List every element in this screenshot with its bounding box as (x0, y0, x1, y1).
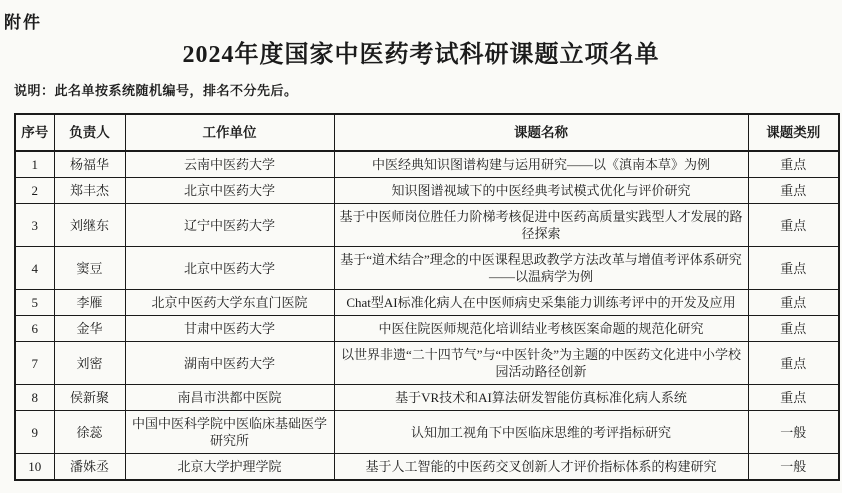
page-title: 2024年度国家中医药考试科研课题立项名单 (0, 34, 842, 69)
cell-no: 7 (15, 342, 54, 385)
cell-project: 中医经典知识图谱构建与运用研究——以《滇南本草》为例 (334, 151, 748, 178)
cell-project: 基于中医师岗位胜任力阶梯考核促进中医药高质量实践型人才发展的路径探索 (334, 204, 748, 247)
cell-category: 重点 (748, 151, 839, 178)
cell-leader: 金华 (54, 316, 125, 342)
table-body: 1杨福华云南中医药大学中医经典知识图谱构建与运用研究——以《滇南本草》为例重点2… (15, 151, 839, 480)
cell-project: 认知加工视角下中医临床思维的考评指标研究 (334, 411, 748, 454)
table-row: 5李雁北京中医药大学东直门医院Chat型AI标准化病人在中医师病史采集能力训练考… (15, 290, 839, 316)
table-row: 10潘姝丞北京大学护理学院基于人工智能的中医药交叉创新人才评价指标体系的构建研究… (15, 454, 839, 481)
cell-project: 知识图谱视域下的中医经典考试模式优化与评价研究 (334, 178, 748, 204)
col-header-no: 序号 (15, 114, 54, 151)
note-text: 说明：此名单按系统随机编号，排名不分先后。 (14, 80, 842, 99)
cell-no: 6 (15, 316, 54, 342)
cell-category: 一般 (748, 454, 839, 481)
attachment-label: 附件 (4, 8, 42, 33)
cell-no: 8 (15, 385, 54, 411)
cell-category: 重点 (748, 290, 839, 316)
cell-org: 湖南中医药大学 (125, 342, 334, 385)
col-header-org: 工作单位 (125, 114, 334, 151)
cell-org: 北京中医药大学东直门医院 (125, 290, 334, 316)
project-table: 序号 负责人 工作单位 课题名称 课题类别 1杨福华云南中医药大学中医经典知识图… (14, 113, 840, 481)
col-header-category: 课题类别 (748, 114, 839, 151)
table-header: 序号 负责人 工作单位 课题名称 课题类别 (15, 114, 839, 151)
cell-no: 5 (15, 290, 54, 316)
table-row: 4窦豆北京中医药大学基于“道术结合”理念的中医课程思政教学方法改革与增值考评体系… (15, 247, 839, 290)
cell-leader: 潘姝丞 (54, 454, 125, 481)
cell-org: 北京中医药大学 (125, 178, 334, 204)
cell-category: 重点 (748, 204, 839, 247)
col-header-leader: 负责人 (54, 114, 125, 151)
cell-category: 重点 (748, 178, 839, 204)
cell-no: 10 (15, 454, 54, 481)
cell-category: 重点 (748, 316, 839, 342)
cell-no: 4 (15, 247, 54, 290)
cell-no: 2 (15, 178, 54, 204)
cell-org: 北京大学护理学院 (125, 454, 334, 481)
cell-category: 重点 (748, 385, 839, 411)
cell-leader: 刘密 (54, 342, 125, 385)
cell-no: 1 (15, 151, 54, 178)
table-row: 8侯新聚南昌市洪都中医院基于VR技术和AI算法研发智能仿真标准化病人系统重点 (15, 385, 839, 411)
cell-project: 基于“道术结合”理念的中医课程思政教学方法改革与增值考评体系研究——以温病学为例 (334, 247, 748, 290)
cell-leader: 郑丰杰 (54, 178, 125, 204)
cell-project: 基于人工智能的中医药交叉创新人才评价指标体系的构建研究 (334, 454, 748, 481)
table-row: 3刘继东辽宁中医药大学基于中医师岗位胜任力阶梯考核促进中医药高质量实践型人才发展… (15, 204, 839, 247)
col-header-project: 课题名称 (334, 114, 748, 151)
table-row: 2郑丰杰北京中医药大学知识图谱视域下的中医经典考试模式优化与评价研究重点 (15, 178, 839, 204)
table-row: 6金华甘肃中医药大学中医住院医师规范化培训结业考核医案命题的规范化研究重点 (15, 316, 839, 342)
cell-org: 中国中医科学院中医临床基础医学研究所 (125, 411, 334, 454)
cell-category: 一般 (748, 411, 839, 454)
cell-no: 9 (15, 411, 54, 454)
cell-org: 辽宁中医药大学 (125, 204, 334, 247)
cell-project: 以世界非遗“二十四节气”与“中医针灸”为主题的中医药文化进中小学校园活动路径创新 (334, 342, 748, 385)
cell-leader: 窦豆 (54, 247, 125, 290)
cell-leader: 徐蕊 (54, 411, 125, 454)
table-row: 1杨福华云南中医药大学中医经典知识图谱构建与运用研究——以《滇南本草》为例重点 (15, 151, 839, 178)
cell-project: 中医住院医师规范化培训结业考核医案命题的规范化研究 (334, 316, 748, 342)
cell-project: 基于VR技术和AI算法研发智能仿真标准化病人系统 (334, 385, 748, 411)
cell-org: 北京中医药大学 (125, 247, 334, 290)
cell-org: 甘肃中医药大学 (125, 316, 334, 342)
cell-leader: 杨福华 (54, 151, 125, 178)
cell-leader: 刘继东 (54, 204, 125, 247)
cell-leader: 侯新聚 (54, 385, 125, 411)
cell-leader: 李雁 (54, 290, 125, 316)
table-header-row: 序号 负责人 工作单位 课题名称 课题类别 (15, 114, 839, 151)
cell-category: 重点 (748, 247, 839, 290)
cell-category: 重点 (748, 342, 839, 385)
cell-project: Chat型AI标准化病人在中医师病史采集能力训练考评中的开发及应用 (334, 290, 748, 316)
table-row: 9徐蕊中国中医科学院中医临床基础医学研究所认知加工视角下中医临床思维的考评指标研… (15, 411, 839, 454)
cell-no: 3 (15, 204, 54, 247)
cell-org: 云南中医药大学 (125, 151, 334, 178)
table-row: 7刘密湖南中医药大学以世界非遗“二十四节气”与“中医针灸”为主题的中医药文化进中… (15, 342, 839, 385)
cell-org: 南昌市洪都中医院 (125, 385, 334, 411)
